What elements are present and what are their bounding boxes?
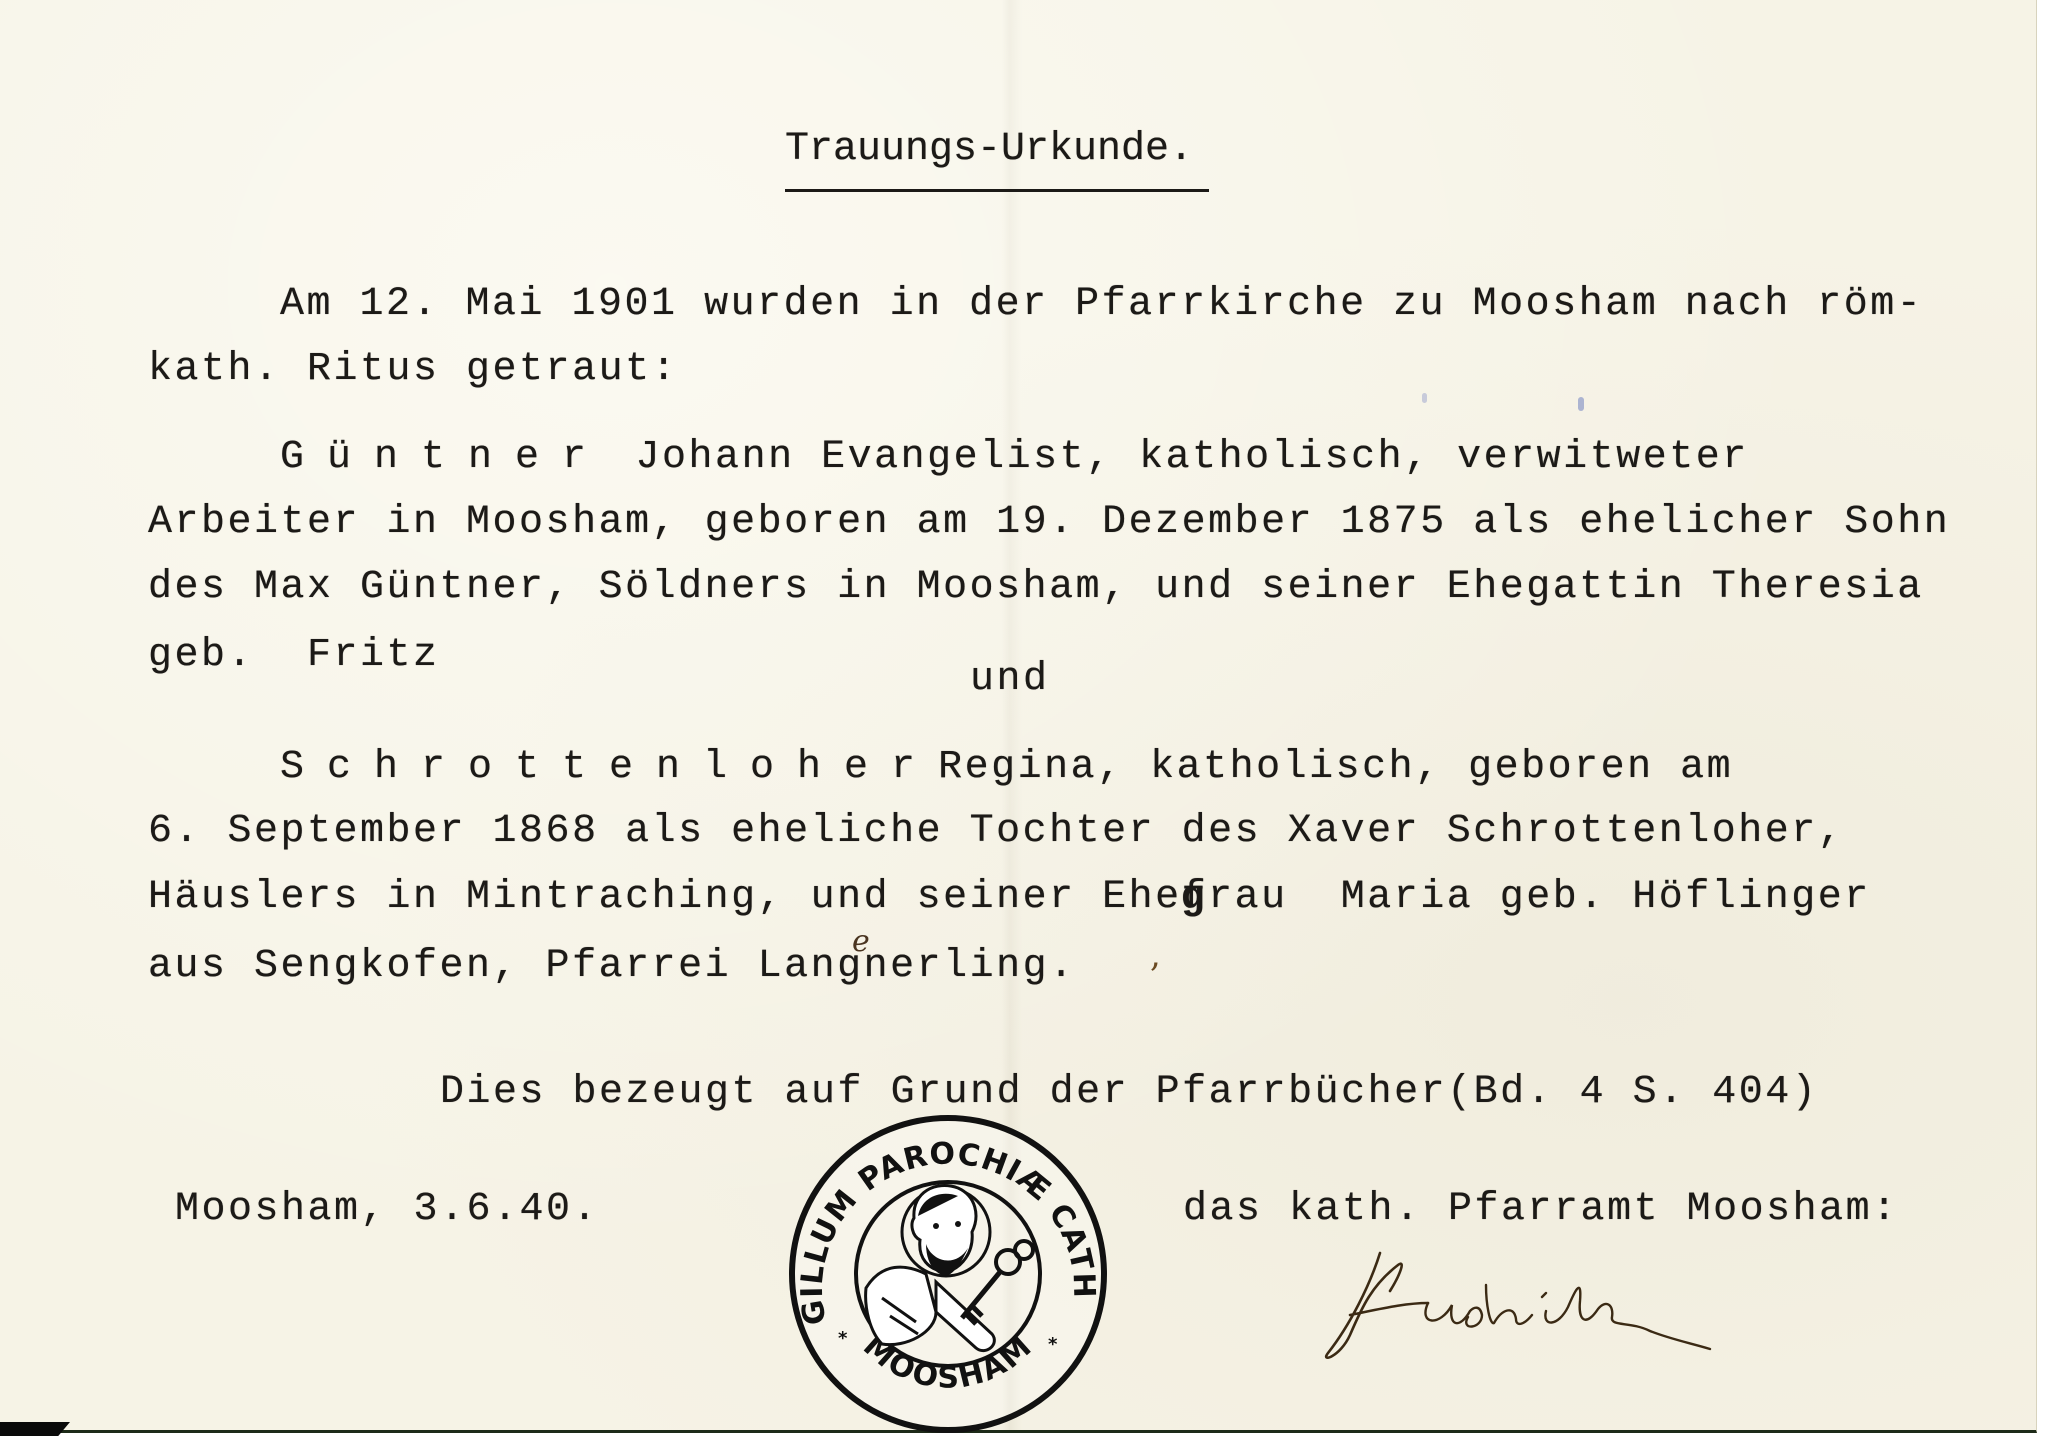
overstruck-letter: fg	[1182, 878, 1209, 918]
bride-line-4-end: nerling.	[864, 944, 1076, 989]
groom-line-3: des Max Güntner, Söldners in Moosham, un…	[148, 568, 1924, 608]
handwritten-comma-mark: ,	[1150, 935, 1161, 975]
seal-star-right: *	[1048, 1334, 1058, 1355]
conjunction-und: und	[970, 660, 1050, 700]
bride-surname: Schrottenloher	[280, 745, 938, 790]
bride-line-4: aus Sengkofen, Pfarrei Langnerling.	[148, 947, 1076, 987]
bride-given-names: Regina, katholisch, geboren am	[938, 745, 1733, 790]
groom-line-2: Arbeiter in Moosham, geboren am 19. Deze…	[148, 503, 1950, 543]
intro-line-2: kath. Ritus getraut:	[148, 350, 678, 390]
bride-line-1: SchrottenloherRegina, katholisch, gebore…	[280, 748, 1733, 788]
parish-seal-stamp: SIGILLUM PAROCHIÆ CATHOL. MOOSHAM * *	[786, 1112, 1110, 1436]
signature-handwritten	[1310, 1245, 1730, 1365]
document-title: Trauungs-Urkunde.	[785, 130, 1193, 170]
groom-line-1: Güntner Johann Evangelist, katholisch, v…	[280, 438, 1749, 478]
bride-line-3-end: rau Maria geb. Höflinger	[1208, 875, 1871, 920]
handwritten-correction-e: e	[852, 924, 870, 959]
document-page: Trauungs-Urkunde. Am 12. Mai 1901 wurden…	[0, 0, 2037, 1433]
groom-given-names: Johann Evangelist, katholisch, verwitwet…	[636, 435, 1749, 480]
intro-line-1: Am 12. Mai 1901 wurden in der Pfarrkirch…	[280, 285, 1923, 325]
bride-line-2: 6. September 1868 als eheliche Tochter d…	[148, 812, 1844, 852]
page-edge-shadow	[0, 1422, 70, 1436]
seal-star-left: *	[838, 1328, 848, 1349]
bride-line-3: Häuslers in Mintraching, und seiner Ehef…	[148, 878, 1871, 918]
bride-line-4-start: aus Sengkofen, Pfarrei Lang	[148, 944, 864, 989]
groom-surname: Güntner	[280, 435, 609, 480]
place-date: Moosham, 3.6.40.	[175, 1190, 599, 1230]
issuer-line: das kath. Pfarramt Moosham:	[1183, 1190, 1899, 1230]
attestation-line: Dies bezeugt auf Grund der Pfarrbücher(B…	[440, 1073, 1818, 1113]
overstruck-over: g	[1181, 879, 1208, 919]
title-underline	[785, 189, 1209, 192]
ink-speck	[1578, 397, 1584, 411]
groom-line-4: geb. Fritz	[148, 636, 440, 676]
ink-speck	[1422, 393, 1427, 403]
bride-line-3-start: Häuslers in Mintraching, und seiner Ehe	[148, 875, 1182, 920]
